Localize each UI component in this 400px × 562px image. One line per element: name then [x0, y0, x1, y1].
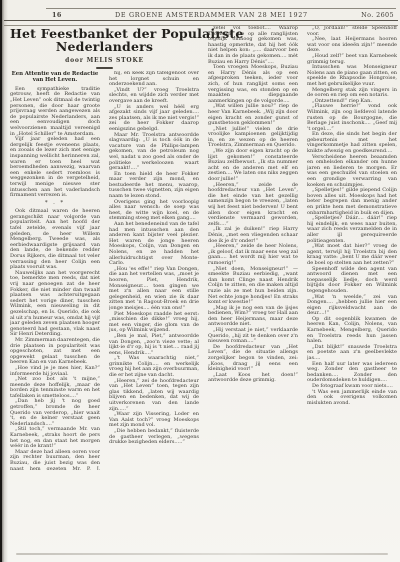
paragraph: Speenhoff wilde den agent van antwoord d…	[307, 267, 397, 295]
paragraph: Toen vroegen Moeskops, Buziau en Harry D…	[208, 65, 298, 104]
paragraph: „Waar zijn Vissering, Loder en Van Aalst…	[109, 412, 199, 429]
column2-paragraphs: hij, en keek zijn tafelgenoot over het l…	[109, 71, 199, 446]
paragraph: „Die hebben bedankt,” fluisterde de gast…	[109, 429, 199, 446]
headline-and-left-columns: Het Feestbanket der Populairste Nederlan…	[10, 26, 199, 470]
paragraph: Maar Mr. Troelstra antwoordde slagvaardi…	[109, 133, 199, 172]
article-byline: door MELIS STOKE	[10, 57, 199, 64]
paragraph: „Wat 'n weelde,” zei van Dongen.... „heb…	[307, 295, 397, 317]
paragraph: Verscheidene heeren beaamden en omhelsde…	[307, 155, 397, 189]
subheading-line2: van Het Leven.	[10, 77, 100, 83]
paragraph: „Net zoo bot als 't mijne,” meende deze …	[10, 377, 100, 399]
page-bottom-scan-smudge	[16, 553, 388, 555]
issue-number: No. 2605	[361, 11, 394, 19]
paragraph: „Dan heb jij 't nog goed getroffen,” bro…	[10, 399, 100, 427]
paragraph: „We zijn door eigen kracht op de lijst g…	[208, 149, 298, 183]
newspaper-page: 16 DE GROENE AMSTERDAMMER VAN 28 MEI 192…	[0, 0, 400, 562]
paragraph: „Stil toch,” vermaande Mr. van Karnebeek…	[10, 427, 100, 449]
article-title-line2: Nederlanders	[10, 41, 199, 54]
paragraph: „Flauwe herrie!” vond ook Wilmink, zijn …	[307, 104, 397, 132]
paragraph: 't Was een jammerlijk einde van den ook …	[307, 390, 397, 407]
paragraph: Piet Moeskops raadde het eerst: „misschi…	[109, 312, 199, 334]
paragraph: „Wat moet dat hier?” vroeg de agent, ter…	[307, 244, 397, 266]
column3-paragraphs: zetel vol toebot.... Waarop Troelstra, d…	[208, 26, 298, 384]
column1-intro-paragraphs: Een sympathieke traditie getrouw, heeft …	[10, 87, 100, 199]
paragraph: En deze, die sinds het begin der gebeurt…	[307, 132, 397, 154]
paragraph: „Vindt U?” vroeg Troelstra slechts, en w…	[109, 88, 199, 105]
paragraph: Mr. Zimmerman daarentegen, die drie plaa…	[10, 338, 100, 366]
paragraph: „Wat willen jullie nou?” riep de heer Va…	[208, 104, 298, 126]
paragraph: De hoofdredacteur van „Het Leven”, die d…	[208, 345, 298, 373]
text-column-2: hij, en keek zijn tafelgenoot over het l…	[109, 71, 199, 470]
paragraph: Maar deze had alleen ooren voor zijn rec…	[10, 450, 100, 470]
paragraph: Aan het benedeneind van de tafel had men…	[109, 222, 199, 267]
paragraph: Nauwelijks aan het voorgerecht toe, beme…	[10, 271, 100, 338]
paragraph: Ook ditmaal waren de heeren gerangschikt…	[10, 209, 100, 271]
paragraph: zetel vol toebot.... Waarop Troelstra, d…	[208, 26, 298, 65]
paragraph: „Ik zal je duiken!” riep Harry Dénis, „m…	[208, 227, 298, 244]
paragraph: Vijf jaar geleden had een dergelijk fees…	[10, 137, 100, 199]
paragraph: „Heeren,” zei de hoofdredacteur van „Het…	[109, 379, 199, 413]
paragraph: „Hij verstaat je niet,” verklaarde Queri…	[208, 328, 298, 345]
page-number: 16	[52, 11, 62, 19]
paragraph: Op dit oogenblik kwamen de heeren Kan, C…	[307, 317, 397, 345]
page-header: 16 DE GROENE AMSTERDAMMER VAN 28 MEI 192…	[10, 10, 396, 20]
paragraph: Overigens ging het voorloopig alles naar…	[109, 200, 199, 222]
paragraph: „Niet jullie!” vielen de drie vroolijke …	[208, 127, 298, 149]
headline-block: Het Feestbanket der Populairste Nederlan…	[10, 26, 199, 69]
paragraph: Een sympathieke traditie getrouw, heeft …	[10, 87, 100, 137]
paragraph: „U is anders wel héél erg afgezakt sinds…	[109, 105, 199, 133]
paragraph: Een half uur later was iedereen weg. Zon…	[307, 362, 397, 384]
masthead: DE GROENE AMSTERDAMMER VAN 28 MEI 1927	[62, 11, 361, 19]
binding-edge	[0, 0, 2, 562]
text-column-4: „O, Jordaan!” stelde Speenhoff voor.„Nee…	[307, 26, 397, 467]
paragraph: „Hou 'es effe!” riep Van Dongen, die aan…	[109, 267, 199, 312]
paragraph: „Dat blijkt!” snauwde Troelstra en poets…	[307, 345, 397, 362]
paragraph: „Nee, laat Heijermans hooren wat voor on…	[307, 37, 397, 54]
text-column-3: zetel vol toebot.... Waarop Troelstra, d…	[208, 26, 298, 467]
paragraph: „Ben je mal, Piet,” antwoordde van Donge…	[109, 334, 199, 356]
section-divider: * . *	[10, 201, 100, 207]
header-top-rule	[46, 8, 396, 9]
column1-paragraphs: Ook ditmaal waren de heeren gerangschikt…	[10, 209, 100, 470]
paragraph: „Spelletjes!” gilde piepend Colijn boven…	[307, 188, 397, 216]
column4-paragraphs: „O, Jordaan!” stelde Speenhoff voor.„Nee…	[307, 26, 397, 406]
paragraph: „'t Was waarachtig niet,” grinnikte Coli…	[109, 356, 199, 378]
article-body: Het Feestbanket der Populairste Nederlan…	[10, 26, 397, 470]
text-column-1: Een Attentie van de Redactie van Het Lev…	[10, 71, 100, 470]
paragraph: „Spelletjes? Dáár.... dáár!” riep hij ei…	[307, 216, 397, 244]
section-subheading: Een Attentie van de Redactie van Het Lev…	[10, 71, 100, 84]
paragraph: „Niet doen, Monseigneur!” — smeekte Buzi…	[208, 267, 298, 306]
paragraph: hij, en keek zijn tafelgenoot over het l…	[109, 71, 199, 88]
paragraph: „Heeren,” zeide de hoofdredacteur van „H…	[208, 183, 298, 228]
paragraph: „Heeren,” zeide de heer Nolens, „ik gelo…	[208, 244, 298, 266]
paragraph: „Laat Koos het doen!” antwoordde deze gr…	[208, 373, 298, 384]
paragraph: Intusschen was Monseigneur Nolens aan de…	[307, 65, 397, 87]
paragraph: En toen hield de heer Fokker maar verder…	[109, 172, 199, 200]
paragraph: „Mag ik je nog een van de ijsjes bediene…	[208, 306, 298, 328]
headline-ornament-rule	[96, 67, 113, 69]
